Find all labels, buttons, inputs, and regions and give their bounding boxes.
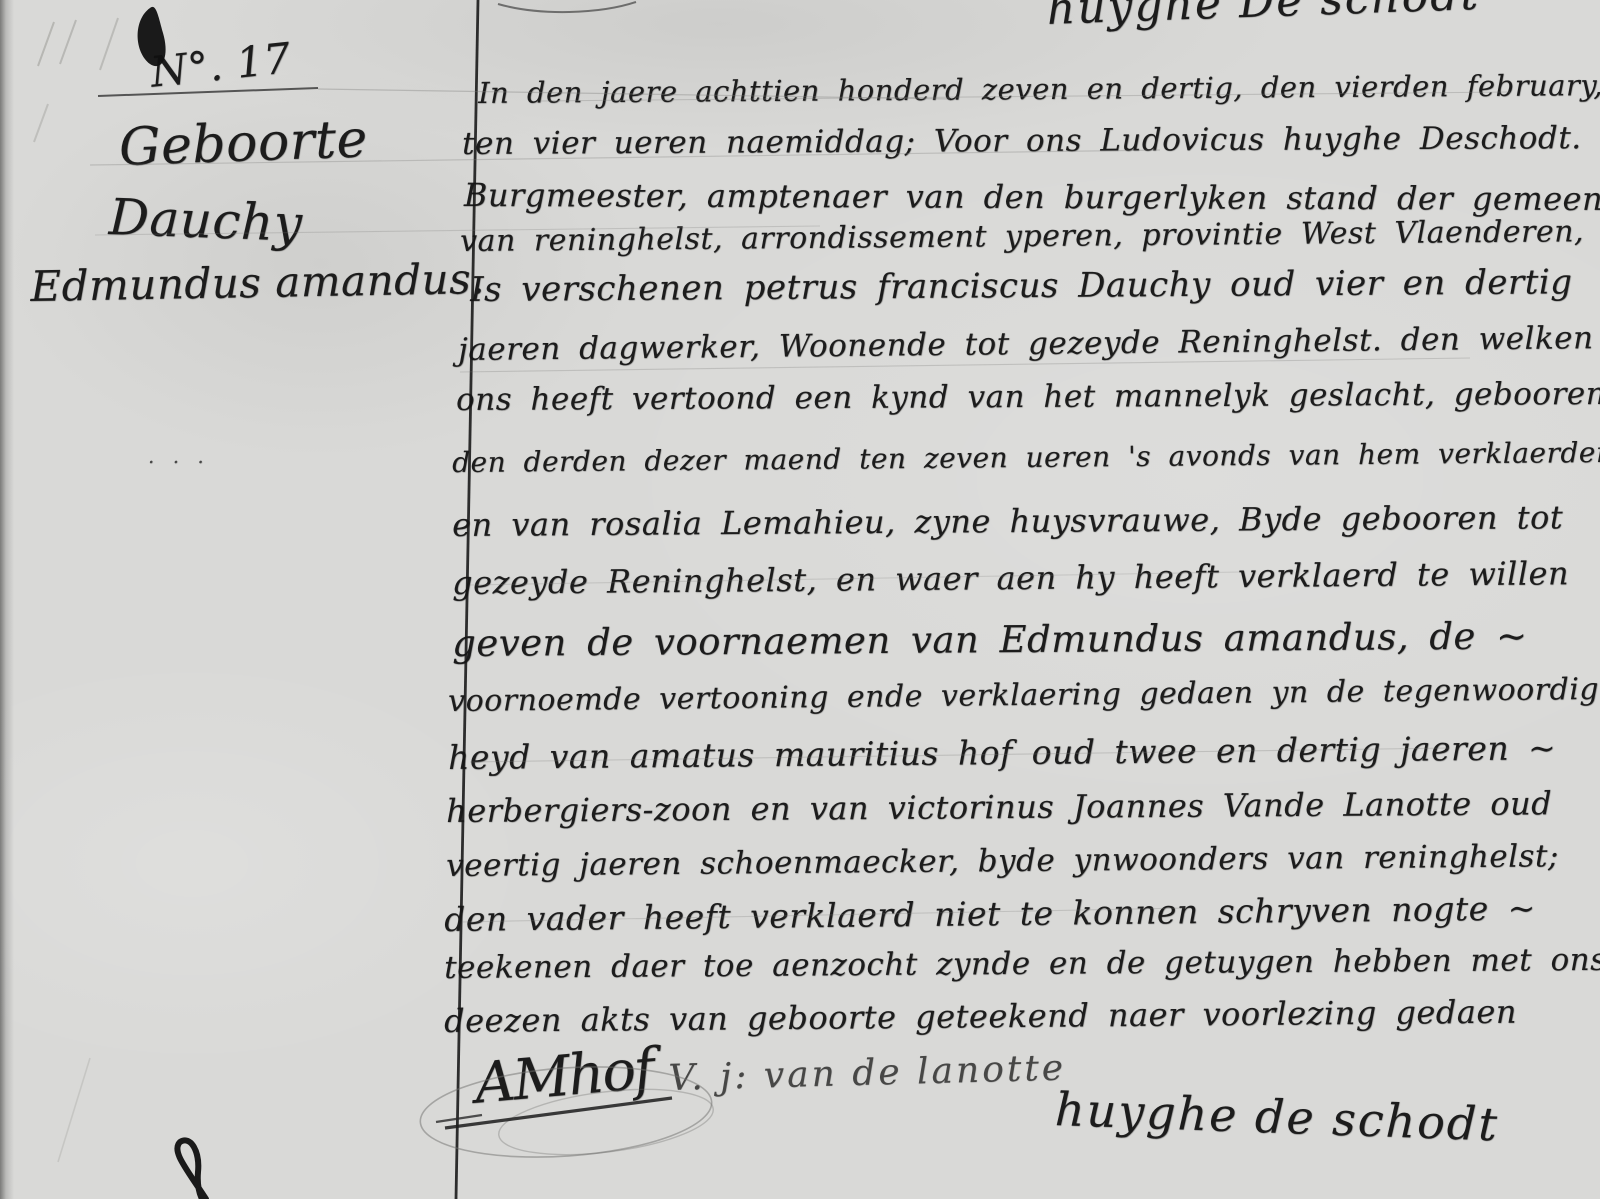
- body-line-10: gezeyde Reninghelst, en waer aen hy heef…: [452, 554, 1569, 602]
- child-surname: Dauchy: [108, 188, 303, 253]
- pencil-tally-mark: [34, 104, 48, 142]
- record-type-label: Geboorte: [118, 109, 369, 178]
- pencil-tally-mark: [58, 1058, 90, 1162]
- body-line-2: ten vier ueren naemiddag; Voor ons Ludov…: [462, 120, 1582, 162]
- body-line-5: Is verschenen petrus franciscus Dauchy o…: [470, 262, 1573, 310]
- body-line-14: herbergiers-zoon en van victorinus Joann…: [446, 784, 1552, 830]
- signature-officer: huyghe de schodt: [1054, 1082, 1500, 1151]
- act-number: N°. 17: [148, 33, 293, 96]
- rule-cross-dash: [436, 1115, 482, 1122]
- body-line-13: heyd van amatus mauritius hof oud twee e…: [448, 728, 1556, 777]
- body-line-12: voornoemde vertooning ende verklaering g…: [448, 672, 1599, 719]
- body-line-15: veertig jaeren schoenmaecker, byde ynwoo…: [446, 838, 1559, 884]
- body-line-6: jaeren dagwerker, Woonende tot gezeyde R…: [458, 320, 1594, 368]
- body-line-8: den derden dezer maend ten zeven ueren '…: [452, 436, 1600, 479]
- signature-father-mark: AMhof: [472, 1036, 655, 1116]
- body-line-17: teekenen daer toe aenzocht zynde en de g…: [444, 942, 1600, 986]
- top-flourish-tail: [498, 2, 636, 12]
- child-given-names: Edmundus amandus.: [30, 254, 485, 311]
- body-line-11: geven de voornaemen van Edmundus amandus…: [452, 614, 1528, 665]
- body-line-16: den vader heeft verklaerd niet te konnen…: [444, 889, 1536, 939]
- body-line-9: en van rosalia Lemahieu, zyne huysvrauwe…: [452, 498, 1563, 544]
- body-line-7: ons heeft vertoond een kynd van het mann…: [456, 376, 1600, 418]
- pencil-tally-mark: [38, 22, 54, 66]
- margin-dots: . . .: [148, 444, 210, 468]
- body-line-18: deezen akts van geboorte geteekend naer …: [444, 993, 1517, 1040]
- scanned-birth-record-page: { "margin": { "act_number": "N°. 17", "r…: [0, 0, 1600, 1199]
- body-line-3: Burgmeester, amptenaer van den burgerlyk…: [464, 176, 1600, 218]
- previous-act-signature: huyghe De schodt: [1046, 0, 1481, 35]
- body-line-1: In den jaere achttien honderd zeven en d…: [478, 68, 1600, 110]
- body-line-4: van reninghelst, arrondissement yperen, …: [460, 214, 1584, 259]
- pencil-tally-mark: [100, 18, 118, 70]
- signature-witness: V. j: van de lanotte: [668, 1048, 1067, 1099]
- next-act-flourish: [177, 1140, 206, 1199]
- pencil-tally-mark: [60, 20, 76, 64]
